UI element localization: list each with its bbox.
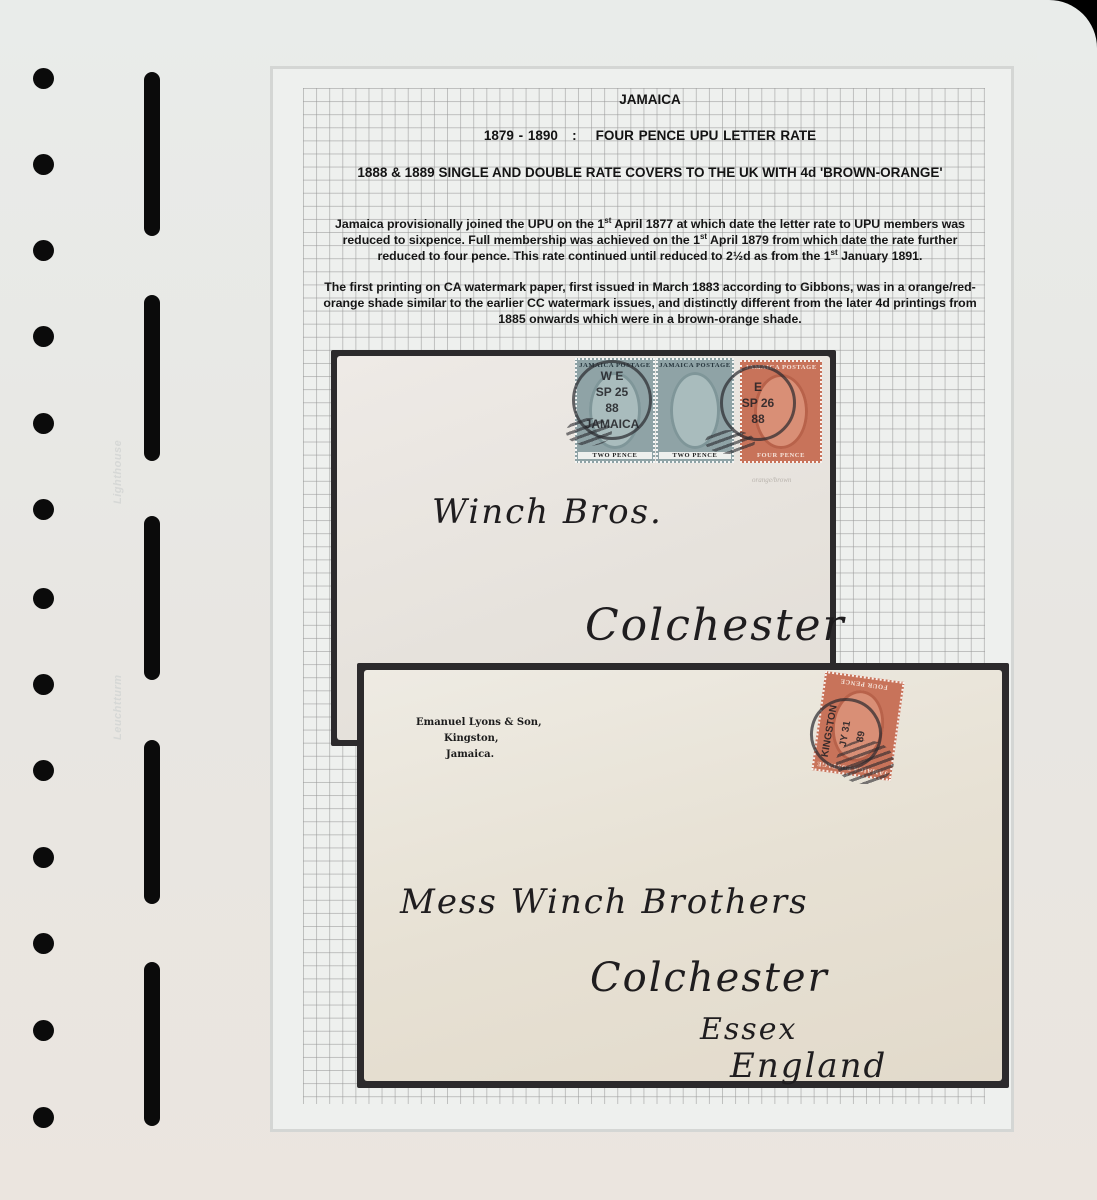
binder-hole — [33, 154, 54, 175]
address-line: Mess Winch Brothers — [400, 882, 809, 922]
binder-hole — [33, 1020, 54, 1041]
page-subtitle: 1888 & 1889 SINGLE AND DOUBLE RATE COVER… — [300, 165, 1000, 180]
binder-slot — [144, 295, 160, 461]
binder-slot — [144, 740, 160, 904]
paragraph-text: January 1891. — [838, 249, 923, 263]
paragraph-text: Jamaica provisionally joined the UPU on … — [335, 217, 604, 231]
intro-paragraph: Jamaica provisionally joined the UPU on … — [318, 216, 982, 265]
ordinal-suffix: st — [831, 248, 838, 257]
imprint-line: Emanuel Lyons & Son, — [416, 715, 556, 731]
imprint-line: Jamaica. — [416, 747, 556, 763]
address-line: Essex — [700, 1012, 797, 1047]
country-title: JAMAICA — [300, 92, 1000, 107]
binder-hole — [33, 499, 54, 520]
duplex-obliterator-icon — [705, 430, 755, 454]
duplex-obliterator-icon — [566, 418, 612, 446]
album-brand-watermark: Leuchtturm Lighthouse — [112, 440, 142, 740]
stamp-label: JAMAICA POSTAGE — [659, 362, 731, 369]
binder-hole — [33, 760, 54, 781]
binder-hole — [33, 68, 54, 89]
postmark-text: W E — [575, 368, 649, 384]
postmark-text: SP 26 — [723, 395, 793, 411]
stamp-label: TWO PENCE — [578, 452, 652, 459]
binder-hole — [33, 326, 54, 347]
binder-slot — [144, 516, 160, 680]
binder-hole — [33, 847, 54, 868]
postmark-text: 88 — [575, 400, 649, 416]
address-line: Colchester — [590, 955, 829, 1001]
brand-mark-text: Lighthouse — [112, 440, 142, 504]
binder-hole — [33, 674, 54, 695]
binder-slot — [144, 72, 160, 236]
brand-mark-text: Leuchtturm — [112, 675, 142, 741]
printing-paragraph: The first printing on CA watermark paper… — [318, 279, 982, 328]
binder-hole — [33, 413, 54, 434]
binder-hole — [33, 240, 54, 261]
binder-hole — [33, 1107, 54, 1128]
address-line: Colchester — [585, 600, 846, 651]
period-title: 1879 - 1890 : FOUR PENCE UPU LETTER RATE — [300, 128, 1000, 143]
binder-hole — [33, 588, 54, 609]
address-line: England — [730, 1046, 887, 1086]
duplex-obliterator-icon — [836, 740, 894, 784]
imprint-line: Kingston, — [416, 731, 556, 747]
postmark-text: 88 — [723, 411, 793, 427]
postmark-text: E — [723, 379, 793, 395]
pencil-note: orange/brown — [752, 476, 791, 484]
binder-slot — [144, 962, 160, 1126]
binder-hole — [33, 933, 54, 954]
stamp-label: FOUR PENCE — [743, 452, 819, 459]
sender-imprint: Emanuel Lyons & Son, Kingston, Jamaica. — [416, 715, 556, 763]
postmark-text: SP 25 — [575, 384, 649, 400]
address-line: Winch Bros. — [432, 492, 663, 532]
